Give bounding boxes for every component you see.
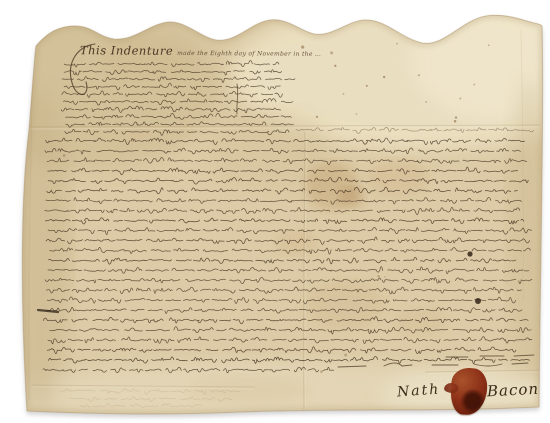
opening-continuation: made the Eighth day of November in the … — [177, 50, 321, 58]
parchment-document — [0, 0, 550, 423]
signature-given-name: Nath — [396, 382, 440, 401]
manuscript-opening-line: This Indenture made the Eighth day of No… — [80, 43, 310, 61]
photo-canvas: This Indenture made the Eighth day of No… — [0, 0, 550, 423]
signature-surname: Bacon — [487, 380, 540, 401]
opening-words: This Indenture — [80, 43, 173, 58]
